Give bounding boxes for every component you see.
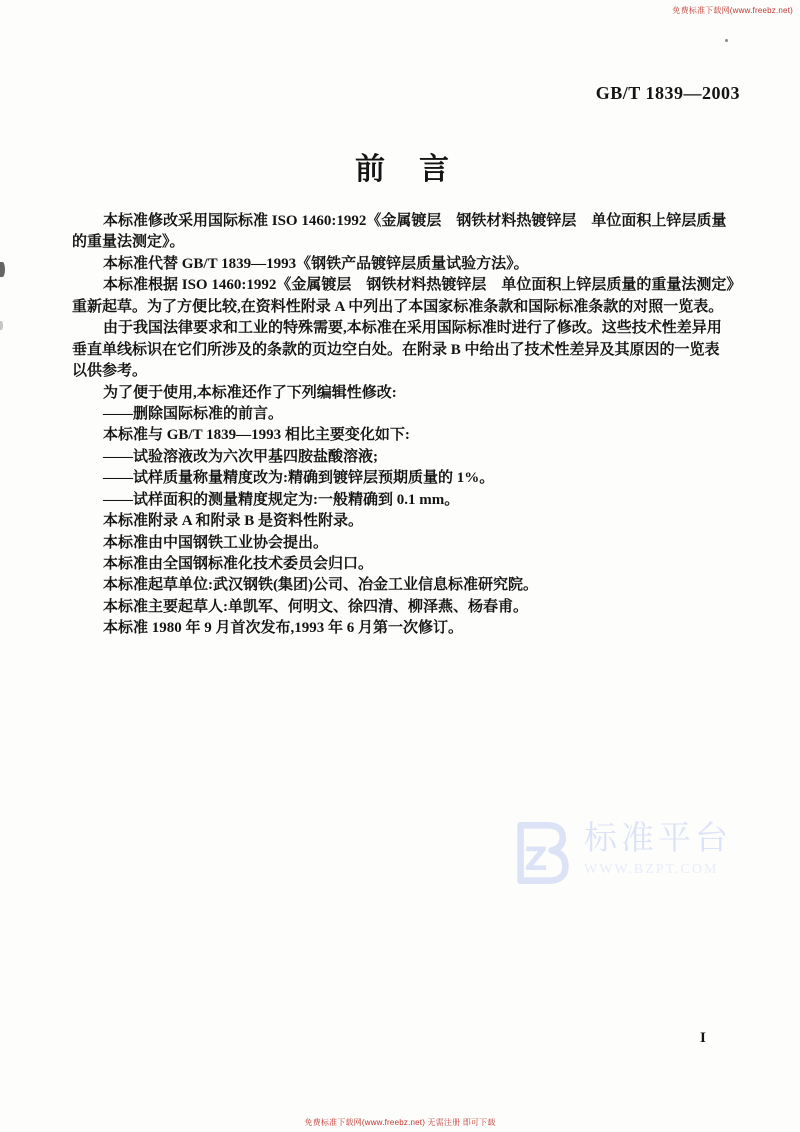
foreword-line: 由于我国法律要求和工业的特殊需要,本标准在采用国际标准时进行了修改。这些技术性差… [72, 318, 736, 339]
page-title: 前 言 [72, 144, 732, 188]
foreword-line: ——试样质量称量精度改为:精确到镀锌层预期质量的 1%。 [72, 468, 736, 489]
foreword-line: ——试样面积的测量精度规定为:一般精确到 0.1 mm。 [72, 490, 736, 511]
foreword-line: 本标准根据 ISO 1460:1992《金属镀层 钢铁材料热镀锌层 单位面积上锌… [72, 275, 736, 296]
scan-edge-artifact [0, 262, 5, 277]
foreword-line: 以供参考。 [72, 361, 736, 382]
free-download-site-note: 免费标准下载网(www.freebz.net) [672, 5, 793, 16]
foreword-line: 本标准与 GB/T 1839—1993 相比主要变化如下: [72, 425, 736, 446]
watermark-brand-text: 标准平台 [584, 820, 732, 856]
svg-text:Z: Z [525, 842, 548, 878]
foreword-line: 本标准由全国钢标准化技术委员会归口。 [72, 554, 736, 575]
scan-speck [725, 39, 728, 42]
page-number: I [700, 1030, 706, 1047]
foreword-line: ——试验溶液改为六次甲基四胺盐酸溶液; [72, 447, 736, 468]
foreword-line: 重新起草。为了方便比较,在资料性附录 A 中列出了本国家标准条款和国际标准条款的… [72, 297, 736, 318]
title-char-yan: 言 [419, 144, 449, 188]
foreword-text: 本标准修改采用国际标准 ISO 1460:1992《金属镀层 钢铁材料热镀锌层 … [72, 211, 736, 640]
foreword-line: ——删除国际标准的前言。 [72, 404, 736, 425]
watermark-url-text: WWW.BZPT.COM [584, 862, 718, 878]
foreword-line: 本标准 1980 年 9 月首次发布,1993 年 6 月第一次修订。 [72, 618, 736, 639]
bzpt-logo-icon: Z [510, 820, 576, 891]
scan-edge-artifact [0, 321, 3, 330]
title-char-qian: 前 [355, 144, 385, 188]
scanned-standard-page: 免费标准下载网(www.freebz.net) GB/T 1839—2003 前… [0, 0, 800, 1132]
foreword-line: 的重量法测定》。 [72, 232, 736, 253]
foreword-line: 本标准修改采用国际标准 ISO 1460:1992《金属镀层 钢铁材料热镀锌层 … [72, 211, 736, 232]
foreword-line: 本标准起草单位:武汉钢铁(集团)公司、冶金工业信息标准研究院。 [72, 575, 736, 596]
foreword-line: 本标准主要起草人:单凯军、何明文、徐四清、柳泽燕、杨春甫。 [72, 597, 736, 618]
foreword-line: 垂直单线标识在它们所涉及的条款的页边空白处。在附录 B 中给出了技术性差异及其原… [72, 340, 736, 361]
foreword-line: 本标准由中国钢铁工业协会提出。 [72, 533, 736, 554]
foreword-line: 本标准附录 A 和附录 B 是资料性附录。 [72, 511, 736, 532]
bottom-download-note: 免费标准下载网(www.freebz.net) 无需注册 即可下载 [0, 1117, 800, 1128]
standard-number: GB/T 1839—2003 [596, 83, 740, 104]
bzpt-watermark: Z 标准平台 WWW.BZPT.COM [510, 820, 732, 891]
foreword-line: 为了便于使用,本标准还作了下列编辑性修改: [72, 383, 736, 404]
foreword-line: 本标准代替 GB/T 1839—1993《钢铁产品镀锌层质量试验方法》。 [72, 254, 736, 275]
